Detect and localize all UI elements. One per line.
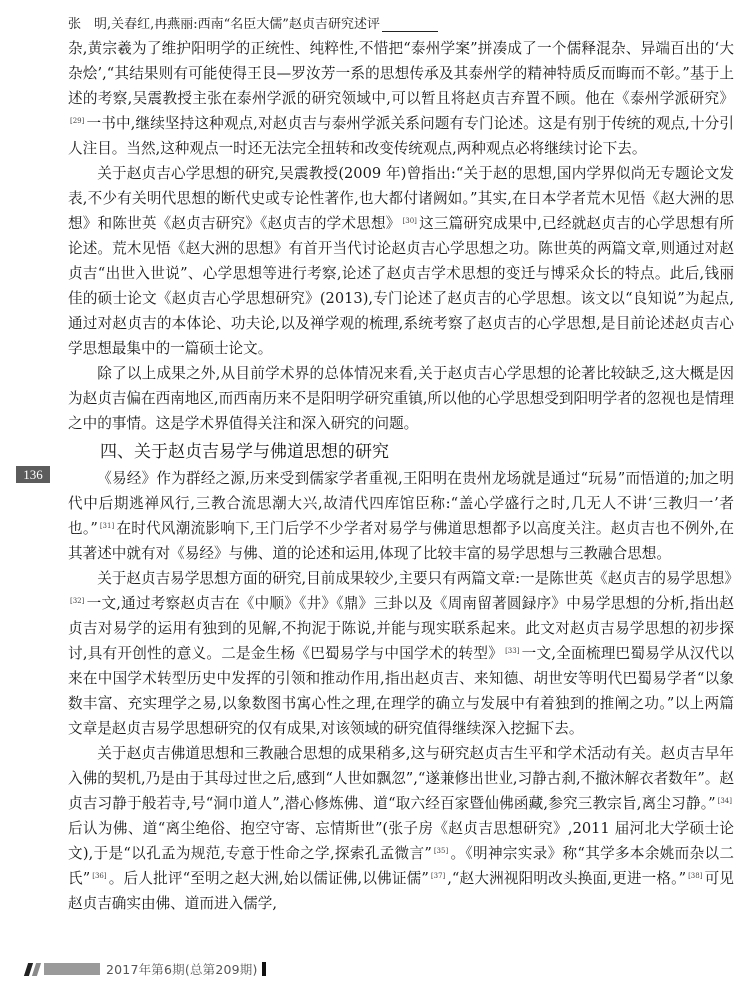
citation-superscript: [33]: [505, 647, 519, 655]
paragraph: 关于赵贞吉易学思想方面的研究,目前成果较少,主要只有两篇文章:一是陈世英《赵贞吉…: [68, 566, 734, 741]
section-heading: 四、关于赵贞吉易学与佛道思想的研究: [68, 438, 734, 466]
paragraph-text: ,“赵大洲视阳明改头换面,更进一格。”: [447, 870, 686, 887]
article-body: 杂,黄宗羲为了维护阳明学的正统性、纯粹性,不惜把“泰州学案”拼凑成了一个儒释混杂…: [68, 36, 734, 916]
paragraphs-after-section: 《易经》作为群经之源,历来受到儒家学者重视,王阳明在贵州龙场就是通过“玩易”而悟…: [68, 466, 734, 916]
citation-superscript: [32]: [70, 597, 84, 605]
footer-grey-bar: [44, 963, 100, 975]
paragraph-text: 。后人批评“至明之赵大洲,始以儒证佛,以佛证儒”: [109, 870, 429, 887]
citation-superscript: [34]: [718, 797, 732, 805]
running-head-title: 西南“名臣大儒”赵贞吉研究述评: [198, 13, 380, 32]
paragraph: 杂,黄宗羲为了维护阳明学的正统性、纯粹性,不惜把“泰州学案”拼凑成了一个儒释混杂…: [68, 36, 734, 161]
paragraph-text: 一书中,继续坚持这种观点,对赵贞吉与泰州学派关系问题有专门论述。这是有别于传统的…: [68, 115, 734, 157]
citation-superscript: [36]: [92, 872, 106, 880]
running-head-rule: [382, 19, 438, 32]
paragraph-text: 关于赵贞吉易学思想方面的研究,目前成果较少,主要只有两篇文章:一是陈世英《赵贞吉…: [97, 570, 739, 587]
footer-issue-info: 2017年第6期(总第209期): [106, 960, 258, 978]
paragraph: 关于赵贞吉心学思想的研究,吴震教授(2009 年)曾指出:“关于赵的思想,国内学…: [68, 161, 734, 361]
paragraph: 关于赵贞吉佛道思想和三教融合思想的成果稍多,这与研究赵贞吉生平和学术活动有关。赵…: [68, 741, 734, 916]
paragraph-text: 除了以上成果之外,从目前学术界的总体情况来看,关于赵贞吉心学思想的论著比较缺乏,…: [68, 365, 734, 432]
paragraph-text: 这三篇研究成果中,已经就赵贞吉的心学思想有所论述。荒木见悟《赵大洲的思想》有首开…: [68, 215, 734, 357]
paragraph: 除了以上成果之外,从目前学术界的总体情况来看,关于赵贞吉心学思想的论著比较缺乏,…: [68, 361, 734, 436]
citation-superscript: [31]: [100, 522, 114, 530]
paragraphs-before-section: 杂,黄宗羲为了维护阳明学的正统性、纯粹性,不惜把“泰州学案”拼凑成了一个儒释混杂…: [68, 36, 734, 436]
citation-superscript: [37]: [431, 872, 445, 880]
citation-superscript: [29]: [70, 117, 84, 125]
running-head: 张 明,关春红,冉燕丽:西南“名臣大儒”赵贞吉研究述评: [68, 13, 438, 32]
citation-superscript: [35]: [434, 847, 448, 855]
page-number: 136: [16, 466, 50, 483]
paragraph: 《易经》作为群经之源,历来受到儒家学者重视,王阳明在贵州龙场就是通过“玩易”而悟…: [68, 466, 734, 566]
footer-end-mark: [262, 962, 266, 976]
paragraph-text: 在时代风潮流影响下,王门后学不少学者对易学与佛道思想都予以高度关注。赵贞吉也不例…: [68, 520, 734, 562]
running-head-authors: 张 明,关春红,冉燕丽:: [68, 13, 198, 32]
footer: 2017年第6期(总第209期): [26, 962, 266, 976]
paragraph-text: 杂,黄宗羲为了维护阳明学的正统性、纯粹性,不惜把“泰州学案”拼凑成了一个儒释混杂…: [68, 40, 734, 107]
citation-superscript: [38]: [688, 872, 702, 880]
footer-slash-mark-grey: [32, 963, 41, 976]
citation-superscript: [30]: [403, 217, 417, 225]
paragraph-text: 关于赵贞吉佛道思想和三教融合思想的成果稍多,这与研究赵贞吉生平和学术活动有关。赵…: [68, 745, 734, 812]
